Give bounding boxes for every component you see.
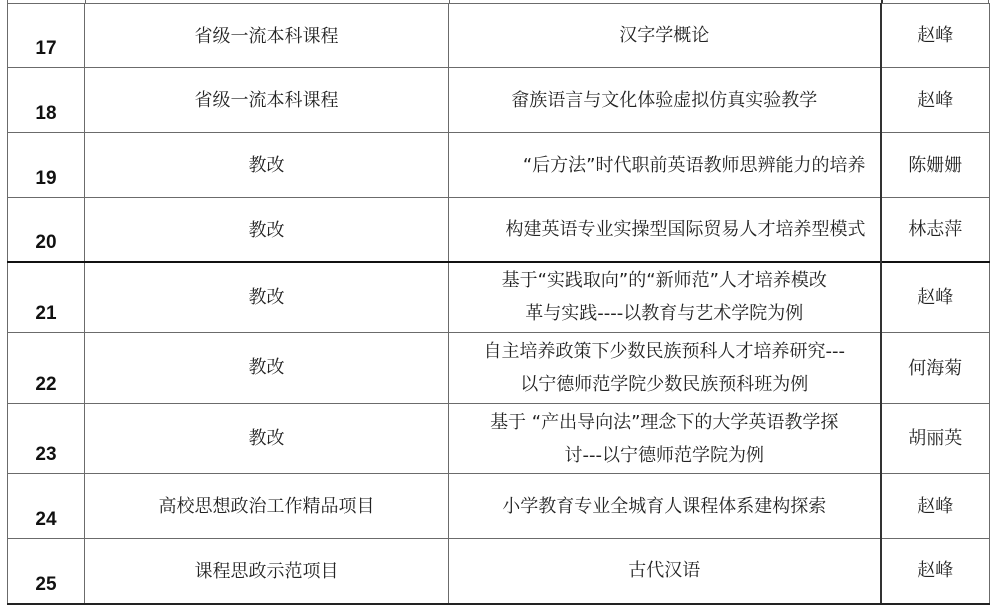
project-title: 小学教育专业全城育人课程体系建构探索 (449, 474, 881, 539)
row-number: 24 (8, 474, 85, 539)
row-number: 25 (8, 539, 85, 604)
row-number: 17 (8, 4, 85, 68)
project-title: 基于 “产出导向法”理念下的大学英语教学探 讨---以宁德师范学院为例 (449, 404, 881, 474)
project-type: 省级一流本科课程 (85, 68, 449, 133)
project-type: 教改 (85, 333, 449, 404)
row-number: 23 (8, 404, 85, 474)
row-number: 20 (8, 198, 85, 262)
project-leader: 赵峰 (881, 474, 990, 539)
project-type: 省级一流本科课程 (85, 4, 449, 68)
table-row: 23 教改 基于 “产出导向法”理念下的大学英语教学探 讨---以宁德师范学院为… (8, 404, 990, 474)
table-row: 21 教改 基于“实践取向”的“新师范”人才培养模改 革与实践----以教育与艺… (8, 262, 990, 333)
project-type: 教改 (85, 262, 449, 333)
project-leader: 何海菊 (881, 333, 990, 404)
project-leader: 林志萍 (881, 198, 990, 262)
project-leader: 赵峰 (881, 539, 990, 604)
project-leader: 赵峰 (881, 68, 990, 133)
row-number: 21 (8, 262, 85, 333)
project-type: 教改 (85, 133, 449, 198)
table-row: 19 教改 “后方法”时代职前英语教师思辨能力的培养 陈姗姗 (8, 133, 990, 198)
project-type: 教改 (85, 404, 449, 474)
project-leader: 陈姗姗 (881, 133, 990, 198)
project-leader: 赵峰 (881, 262, 990, 333)
project-table: 17 省级一流本科课程 汉字学概论 赵峰 18 省级一流本科课程 畲族语言与文化… (7, 3, 990, 605)
row-number: 18 (8, 68, 85, 133)
project-type: 课程思政示范项目 (85, 539, 449, 604)
table-row: 20 教改 构建英语专业实操型国际贸易人才培养型模式 林志萍 (8, 198, 990, 262)
table-row: 25 课程思政示范项目 古代汉语 赵峰 (8, 539, 990, 604)
project-title: 自主培养政策下少数民族预科人才培养研究--- 以宁德师范学院少数民族预科班为例 (449, 333, 881, 404)
project-leader: 赵峰 (881, 4, 990, 68)
table-row: 17 省级一流本科课程 汉字学概论 赵峰 (8, 4, 990, 68)
project-type: 教改 (85, 198, 449, 262)
project-title: “后方法”时代职前英语教师思辨能力的培养 (449, 133, 881, 198)
table-row: 24 高校思想政治工作精品项目 小学教育专业全城育人课程体系建构探索 赵峰 (8, 474, 990, 539)
table-row: 22 教改 自主培养政策下少数民族预科人才培养研究--- 以宁德师范学院少数民族… (8, 333, 990, 404)
project-title: 构建英语专业实操型国际贸易人才培养型模式 (449, 198, 881, 262)
project-title: 古代汉语 (449, 539, 881, 604)
project-title: 汉字学概论 (449, 4, 881, 68)
project-title: 畲族语言与文化体验虚拟仿真实验教学 (449, 68, 881, 133)
row-number: 19 (8, 133, 85, 198)
project-type: 高校思想政治工作精品项目 (85, 474, 449, 539)
project-title: 基于“实践取向”的“新师范”人才培养模改 革与实践----以教育与艺术学院为例 (449, 262, 881, 333)
table-row: 18 省级一流本科课程 畲族语言与文化体验虚拟仿真实验教学 赵峰 (8, 68, 990, 133)
project-leader: 胡丽英 (881, 404, 990, 474)
row-number: 22 (8, 333, 85, 404)
